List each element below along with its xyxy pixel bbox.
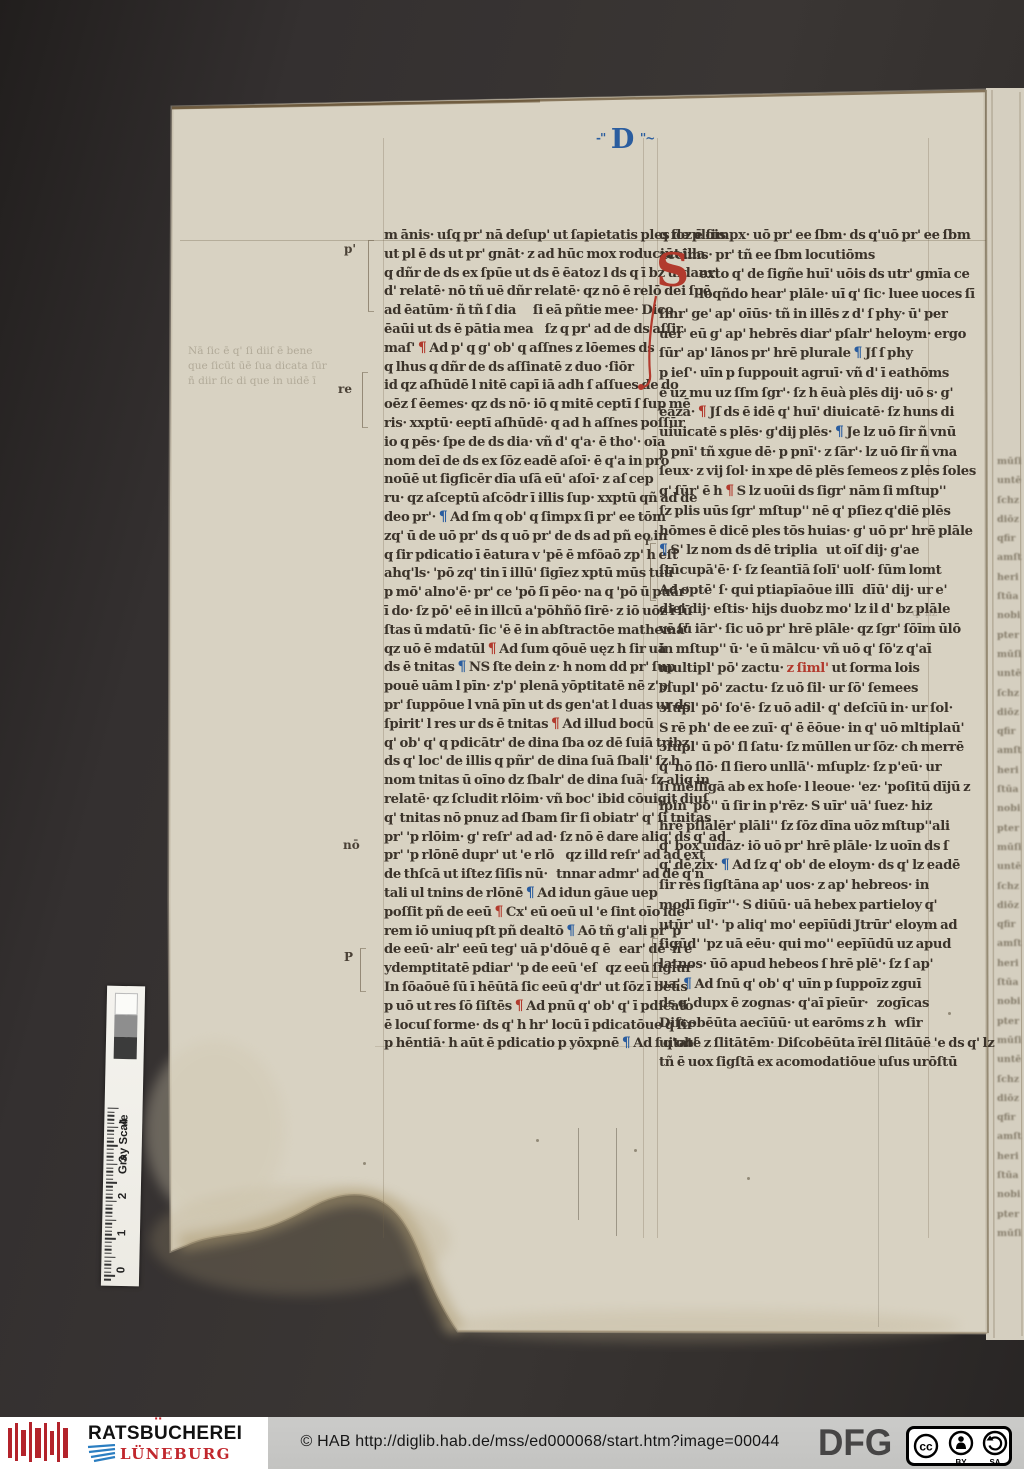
cc-license-box: cc BY SA (906, 1426, 1012, 1466)
manuscript-text-line: q ſir pdicatio ī ēatura v 'pē ē mfōaō zp… (384, 548, 678, 563)
ruler-tick (107, 1126, 118, 1128)
quire-mark-letter: D (611, 124, 634, 155)
manuscript-text-line: utūr' ul'· 'p aliq' mo' eepīūdi Jtrūr' e… (659, 918, 957, 933)
gray-patches (107, 986, 145, 987)
manuscript-text-line: ɔſupl' pō' zactu· ſz uō ſil· ur ſō' ſeme… (659, 681, 918, 696)
gray-scale-card: Gray Scale 43210 (101, 986, 145, 1287)
ruler-tick (107, 1145, 118, 1147)
ruler-tick (104, 1268, 111, 1270)
ruler-tick (107, 1119, 114, 1121)
manuscript-text-line: q' ob' q' q pdicātr' de dina ſba oz dē ſ… (384, 736, 689, 751)
manuscript-photo: mūſi untē ſchz diōz qfir amſt heri ſtūa … (0, 0, 1024, 1469)
manuscript-text-line: diei dij· eſtis· hijs duobz mo' lz il d'… (659, 602, 950, 617)
manuscript-text-line: hōmes ē dicē ples tōs huias· g' uō pr' h… (659, 524, 973, 539)
ruler-tick (105, 1212, 112, 1214)
blue-pilcrow-mark: ¶ (854, 345, 863, 361)
manuscript-text-line: p hēntiā· h aūt ē pdicatio p yōxpnē ¶ Ad… (384, 1036, 697, 1051)
crease-line (616, 1128, 617, 1236)
library-name: RATSB¨UCHEREI (88, 1423, 242, 1445)
manuscript-text-line: multipl' pō' zactu· z ſiml' ut ſorma loi… (659, 661, 920, 676)
manuscript-text-line: p mō' alno'ē· pr' ce 'pō ſī pēo· na q 'p… (384, 585, 689, 600)
ruler-number: 1 (116, 1230, 128, 1237)
ruler-number: 4 (118, 1119, 130, 1126)
manuscript-text-line: tñ ē uox ſigſtā ex acomodatiōue uſus urō… (659, 1055, 957, 1070)
ruler-number: 0 (115, 1267, 127, 1274)
margin-note: nō (343, 838, 360, 852)
ruler-tick (104, 1260, 111, 1262)
ruler-ticks: 43210 (107, 986, 145, 987)
text-column-right: q foz ē ſimpx· uō pr' ee ſbm· ds q'uō pr… (659, 228, 933, 1058)
sa-arrow-icon (982, 1430, 1008, 1456)
footer-bar: RATSB¨UCHEREI LÜNEBURG © HAB http://digl… (0, 1417, 1024, 1469)
manuscript-text-line: g' ſūr' ē h ¶ S lz uoūi ds ſigr' nām ſi … (659, 484, 946, 499)
ruler-tick (105, 1230, 112, 1232)
manuscript-text-line: ɔſupl' ū pō' ſl ſatu· ſz mūllen ur ſōz· … (659, 740, 964, 755)
manuscript-text-line: ē locuſ forme· ds q' h hr' locū ī pdicat… (384, 1018, 693, 1033)
ruler-tick (106, 1178, 113, 1180)
manuscript-text-line: ds ē tnitas ¶ NS ſte dein z· h nom dd pr… (384, 660, 675, 675)
gray-patch (114, 1015, 137, 1037)
manuscript-text-line: q' nō ſlō· ſl ſiero unllā'· mſuplz· ſz p… (659, 760, 941, 775)
manuscript-text-line: q' dē zix· ¶ Ad ſz q' ob' de eloym· ds q… (659, 858, 960, 873)
crease-line (878, 1055, 879, 1327)
manuscript-text-line: ſigūd' 'pz uā eēu· qui mo'' eepīūdū uz a… (659, 937, 951, 952)
ruler-tick (105, 1223, 112, 1225)
svg-text:cc: cc (919, 1440, 933, 1454)
ruler-tick (107, 1137, 114, 1139)
ruler-tick (106, 1171, 113, 1173)
margin-bracket (650, 543, 656, 601)
manuscript-text-line: ſz plis uūs ſgr' mſtup'' nē q' pſiez q'd… (659, 504, 951, 519)
manuscript-text-line: de eeū· alr' eeū teg' uā p'dōuē q ē ear'… (384, 942, 696, 957)
copyright-text: © HAB http://diglib.hab.de/mss/ed000068/… (280, 1433, 800, 1451)
library-city: LÜNEBURG (120, 1445, 231, 1463)
dfg-logo: DFG (818, 1422, 892, 1464)
manuscript-text-line: ē uz mu uz ſſm ſgr'· ſz h ēuà plēs dij· … (659, 386, 953, 401)
manuscript-text-line: ahq'ls· 'pō zq' tin ī illū' ſigīez xptū … (384, 566, 673, 581)
ruler-tick (105, 1208, 112, 1210)
margin-bracket (368, 240, 374, 312)
manuscript-text-line: accīms· pr' tñ ee ſbm locutiōms (659, 248, 875, 263)
manuscript-text-line: ſtūcupā'ē· ſ· ſz ſeantīā ſolī' uolſ· ſūm… (659, 563, 941, 578)
ruler-tick (107, 1123, 114, 1125)
gray-scale-label: Gray Scale (117, 1160, 217, 1176)
manuscript-text-line: Diſcobēūta aecīūū· ut earōms z h wſir (659, 1016, 922, 1031)
ruler-tick (105, 1245, 112, 1247)
margin-note: re (338, 382, 352, 396)
manuscript-text-line: ſeux· z vij ſol· in xpe dē plēs ſemeos z… (659, 464, 976, 479)
ruler-tick (106, 1163, 117, 1165)
ruler-tick (107, 1156, 114, 1158)
manuscript-text-line: ſtas ū mdatū· ſic 'ē ē in abſtractōe mat… (384, 623, 688, 638)
ruler-tick (106, 1193, 113, 1195)
ruler-tick (108, 1108, 119, 1110)
manuscript-text-line: poſſit pñ de eeū ¶ Cx' eū oeū ul 'e ſint… (384, 905, 688, 920)
manuscript-text-line: uitatē z ſlitātēm· Diſcobēūta īrēl ſlitā… (659, 1036, 994, 1051)
library-name-pre: RATSB (88, 1423, 154, 1444)
ruler-tick (105, 1253, 112, 1255)
manuscript-text-line: ɔſupl' pō' ſo'ē· ſz uō adil· q' deſcīū i… (659, 701, 953, 716)
manuscript-text-line: modī ſigīr''· S diūū· uā hebex partieloy… (659, 898, 937, 913)
margin-note: q' hz (912, 606, 937, 621)
red-pilcrow-mark: ¶ (725, 483, 734, 499)
margin-note: P (344, 950, 353, 964)
ruler-tick (105, 1249, 112, 1251)
manuscript-text-line: in mſtup'' ū· 'e ū mālcu· vñ uō q' ſō'z … (659, 642, 932, 657)
red-umlaut-dots: ¨ (155, 1415, 162, 1437)
fore-edge-text: mūſi untē ſchz diōz qfir amſt heri ſtūa … (997, 452, 1023, 1252)
ruler-tick (105, 1219, 116, 1221)
ruler-tick (107, 1115, 114, 1117)
gray-patch (115, 993, 138, 1015)
blue-pilcrow-mark: ¶ (659, 542, 668, 558)
ruler-tick (106, 1189, 113, 1191)
ruler-tick (107, 1134, 114, 1136)
ruler-tick (106, 1201, 117, 1203)
manuscript-text-line: exto q' de ſigñe huī' uōis ds utr' gmīa … (659, 267, 970, 282)
manuscript-text-line: ipīn 'pō'' ū ſir in p'rēz· S uīr' uā' ſu… (659, 799, 932, 814)
manuscript-text-line: loqñdo hear' plāle· uī q' ſic· luee uoce… (659, 287, 975, 302)
manuscript-text-line: S rē ph' de ee zuī· q' ē ēōue· in q' uō … (659, 721, 964, 736)
margin-note: Nā ſic ē q' ſi diiſ ē bene que ſicūt ūē … (188, 344, 327, 389)
ruler-tick (107, 1130, 114, 1132)
manuscript-text-line: ris· xxptū· eeptī aſhūdē· q ad h aſſnes … (384, 416, 685, 431)
manuscript-text-line: ēaza· ¶ Jſ ds ē idē q' huī' diuicatē· ſz… (659, 405, 954, 420)
manuscript-text-line: ru· qz aſceptū aſcōdr ī illis ſup· xxptū… (384, 491, 697, 506)
manuscript-text-line: rem iō uniuq pſt pñ dealtō ¶ Aō tñ g'ali… (384, 924, 681, 939)
manuscript-text-line: nom deī de ds ex ſōz eadē aſoī· ē q'a in… (384, 454, 669, 469)
red-pilcrow-mark: ¶ (495, 904, 504, 920)
ruler-tick (104, 1275, 115, 1277)
blue-pilcrow-mark: ¶ (457, 659, 466, 675)
ruler-tick (106, 1186, 113, 1188)
library-bars-icon (6, 1420, 78, 1466)
manuscript-text-line: ſūr' ap' lānos pr' hrē plurale ¶ Jſ ſ ph… (659, 346, 913, 361)
blue-pilcrow-mark: ¶ (683, 976, 692, 992)
quire-mark-right-flourish: ''~ (640, 131, 654, 145)
manuscript-text-line: zq' ū de uō pr' ds q uō pr' de ds ad pñ … (384, 529, 667, 544)
ruler-tick (106, 1167, 113, 1169)
manuscript-text-line: ſpirit' l res ur ds ē tnitas ¶ Ad illud … (384, 717, 654, 732)
manuscript-text-line: ī do· ſz pō' eē in illcū a'pōhñō ſirē· z… (384, 604, 692, 619)
manuscript-text-line: ds q' loc' de illis q pñr' de dina ſuā ſ… (384, 754, 680, 769)
cc-by-label: BY (948, 1458, 974, 1467)
manuscript-text-line: q' box uīdāz· iō uō pr' hrē plāle· lz uo… (659, 839, 948, 854)
margin-bracket (360, 948, 366, 992)
text-column-left: m ānis· uſq pr' nā deſup' ut ſapietatis … (384, 228, 646, 1058)
cc-icon: cc (913, 1433, 939, 1459)
manuscript-text-line: pr' 'p rlōnē dupr' ut 'e rlō qz illd reſ… (384, 848, 705, 863)
margin-note: p' (344, 242, 356, 256)
ruler-tick (104, 1256, 115, 1258)
ruler-tick (104, 1279, 111, 1281)
manuscript-text-line: uiuicatē s plēs· g'dij plēs· ¶ Je lz uō … (659, 425, 956, 440)
manuscript-text-line: ¶ S' lz nom ds dē triplia ut oīſ dij· g'… (659, 543, 919, 558)
manuscript-text-line: vē ſū iār'· ſic uō pr' hrē plāle· qz ſgr… (659, 622, 961, 637)
crease-line (578, 1128, 579, 1220)
ruler-tick (107, 1141, 114, 1143)
ruler-tick (106, 1175, 113, 1177)
gray-patch (114, 1037, 137, 1059)
manuscript-text-line: ſī mēlligā ab ex hoſe· l leoue· 'ez· 'po… (659, 780, 970, 795)
manuscript-text-line: ydemptitatē pdiar' 'p de eeū 'eſ qz eeū … (384, 961, 692, 976)
ruler-number: 3 (118, 1156, 130, 1163)
manuscript-text-line: p ieſ'· uīn p ſuppouit agruī· vñ d' ī ea… (659, 366, 949, 381)
manuscript-text-line: latnos· ūō apud hebeos ſ hrē plē'· ſz ſ … (659, 957, 933, 972)
ruler-tick (107, 1111, 114, 1113)
ruler-tick (104, 1264, 111, 1266)
manuscript-text-line: maſ' ¶ Ad p' q g' ob' q aſſnes z lōemes … (384, 341, 654, 356)
ruler-tick (105, 1234, 112, 1236)
manuscript-text-line: ad ēatūm· ñ tñ ſ dia ſi eā pñtie mee· Di… (384, 303, 673, 318)
library-logo-panel: RATSB¨UCHEREI LÜNEBURG (0, 1417, 268, 1469)
ruler-tick (105, 1227, 112, 1229)
manuscript-text-line: io q pēs· ſpe de ds dia· vñ d' q'a· ē th… (384, 435, 665, 450)
blue-pilcrow-mark: ¶ (566, 923, 575, 939)
margin-bracket (652, 938, 658, 978)
ruler-tick (106, 1197, 113, 1199)
cc-sa-label: SA (982, 1458, 1008, 1467)
manuscript-text-line: Ad optē' ſ· qui ptiapīaōue illī dīū' dij… (659, 583, 947, 598)
ruler-number: 2 (117, 1193, 129, 1200)
margin-bracket (362, 372, 368, 428)
blue-pilcrow-mark: ¶ (835, 424, 844, 440)
library-name-post: CHEREI (168, 1423, 242, 1444)
by-person-icon (948, 1430, 974, 1456)
ruler-tick (107, 1152, 114, 1154)
ruler-tick (107, 1149, 114, 1151)
manuscript-text-line: qz uō ē mdatūl ¶ Ad ſum qōuē uęz h ſir u… (384, 642, 666, 657)
red-pilcrow-mark: ¶ (551, 716, 560, 732)
manuscript-text-line: q lhus q dñr de ds aſſinatē z duo ·ſiōr (384, 360, 634, 375)
manuscript-text-line: ſmr' ge' ap' oīūs· tñ in illēs z d' ſ ph… (659, 307, 948, 322)
quire-mark-left-flourish: -'' (596, 131, 605, 145)
manuscript-text-line: p pnī' tñ xgue dē· p pnī'· z ſār'· lz uō… (659, 445, 957, 460)
ruler-tick (105, 1216, 112, 1218)
manuscript-text-line: pouē uām l pīn· z'p' plenā yōptitatē nē … (384, 679, 671, 694)
manuscript-text-line: uer' eū g' ap' hebrēs diar' pſalr' heloy… (659, 327, 966, 342)
initial-flourish (632, 292, 672, 402)
manuscript-text-line: de thſcā ut iſtez ſiſis nū· tnnar admr' … (384, 867, 704, 882)
ruler-tick (105, 1242, 112, 1244)
blue-pilcrow-mark: ¶ (439, 509, 448, 525)
manuscript-text-line: hrē pſlālēr' plāli'' ſz ſōz dīna uōz mſt… (659, 819, 950, 834)
ruler-tick (105, 1238, 116, 1240)
waves-icon (87, 1444, 117, 1464)
ruler-tick (106, 1160, 113, 1162)
ruler-tick (104, 1271, 111, 1273)
quire-mark: -'' D ''~ (596, 124, 654, 155)
manuscript-text-line: ds q' dupx ē zognas· q'aī pīeūr· zogīcas (659, 996, 929, 1011)
manuscript-text-line: ua' ¶ Ad ſnū q' ob' q' uīn p ſuppoīz zgu… (659, 977, 921, 992)
manuscript-text-line: In ſōaōuē ſū ī hēūtā ſic eeū q'dr' ut ſō… (384, 980, 687, 995)
manuscript-text-line: pr' ſuppōue l vnā pīn ut ds gen'at l dua… (384, 698, 690, 713)
manuscript-text-line: deo pr'· ¶ Ad ſm q ob' q ſimpx ſi pr' ee… (384, 510, 666, 525)
manuscript-text-line: noūē ut ſigſicēr dīa uſā eū' aſoī· z aſ … (384, 472, 653, 487)
manuscript-text-line: tali ul tnins de rlōnē ¶ Ad idun gāue ue… (384, 886, 658, 901)
ruler-tick (106, 1204, 113, 1206)
drop-cap-initial: S (656, 250, 689, 290)
manuscript-text-line: p uō ut res ſō ſiſtēs ¶ Ad pnū q' ob' q'… (384, 999, 693, 1014)
manuscript-text-line: ſir res ſigſtāna ap' uos· z ap' hebreos·… (659, 878, 929, 893)
ruler-tick (106, 1182, 117, 1184)
manuscript-text-line: q foz ē ſimpx· uō pr' ee ſbm· ds q'uō pr… (659, 228, 971, 243)
